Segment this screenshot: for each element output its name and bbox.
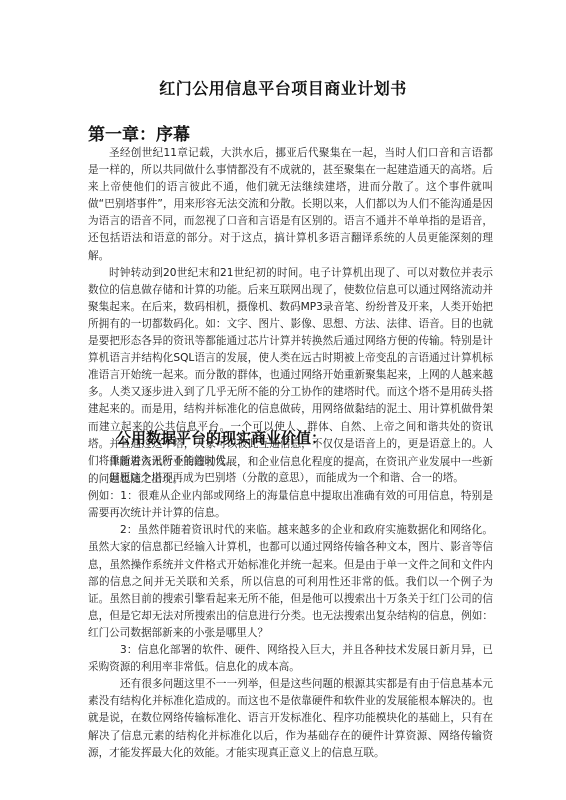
paragraph: 还有很多问题这里不一一列举，但是这些问题的根源其实都是有由于信息基本元素没有结构… [88, 676, 493, 761]
document-page: 红门公用信息平台项目商业计划书 第一章：序幕 圣经创世纪11章记载，大洪水后，挪… [0, 0, 566, 800]
paragraph: 圣经创世纪11章记载，大洪水后，挪亚后代聚集在一起，当时人们口音和言语都是一样的… [88, 145, 493, 265]
list-item: 2：虽然伴随着资讯时代的来临。越来越多的企业和政府实施数据化和网络化。虽然大家的… [88, 522, 493, 642]
paragraph: 伴随着资讯行业的蓬勃发展，和企业信息化程度的提高，在资讯产业发展中一些新的问题也… [88, 454, 493, 488]
section-body: 伴随着资讯行业的蓬勃发展，和企业信息化程度的提高，在资讯产业发展中一些新的问题也… [88, 454, 493, 762]
chapter-heading: 第一章：序幕 [88, 120, 190, 145]
document-title: 红门公用信息平台项目商业计划书 [0, 76, 566, 99]
list-item: 例如：1：很难从企业内部或网络上的海量信息中提取出准确有效的可用信息，特别是需要… [88, 488, 493, 522]
section-heading: 公用数据平台的现实商业价值： [116, 427, 326, 448]
list-item: 3：信息化部署的软件、硬件、网络投入巨大，并且各种技术发展日新月异，已采购资源的… [88, 642, 493, 676]
